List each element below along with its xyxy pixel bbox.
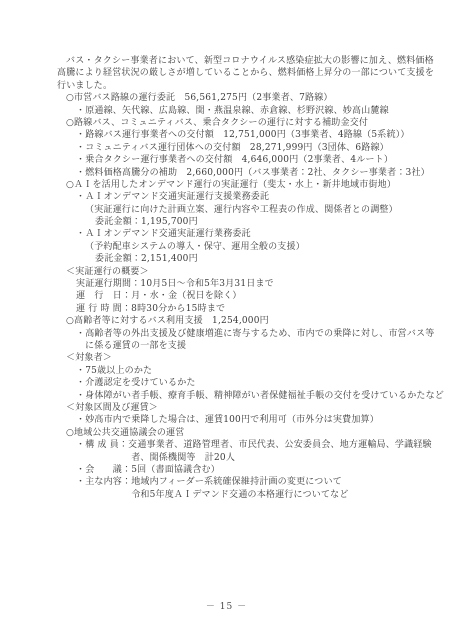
- doc-line: ○高齢者等に対するバス利用支援 1,254,000円: [57, 315, 429, 327]
- doc-line: 実証運行期間：10月5日～令和5年3月31日まで: [57, 278, 429, 290]
- doc-line: 行いました。: [57, 80, 429, 92]
- doc-line: ・ＡＩオンデマンド交通実証運行支援業務委託: [57, 191, 429, 203]
- doc-line: ○ＡＩを活用したオンデマンド運行の実証運行（斐太・水上・新井地域市街地）: [57, 179, 429, 191]
- document-page: バス・タクシー事業者において、新型コロナウイルス感染症拡大の影響に加え、燃料価格…: [0, 0, 453, 640]
- doc-line: ・原通線、矢代線、広島線、関・燕温泉線、赤倉線、杉野沢線、妙高山麓線: [57, 105, 429, 117]
- doc-line: ・乗合タクシー運行事業者への交付額 4,646,000円（2事業者、4ルート）: [57, 154, 429, 166]
- page-number: － 15 －: [0, 599, 453, 612]
- doc-line: に係る運賃の一部を支援: [57, 340, 429, 352]
- doc-line: ○地域公共交通協議会の運営: [57, 427, 429, 439]
- doc-line: ・ＡＩオンデマンド交通実証運行業務委託: [57, 228, 429, 240]
- doc-line: ・構 成 員：交通事業者、道路管理者、市民代表、公安委員会、地方運輸局、学識経験: [57, 439, 429, 451]
- doc-line: ・介護認定を受けているかた: [57, 377, 429, 389]
- doc-line: 運 行 日：月・水・金（祝日を除く）: [57, 290, 429, 302]
- doc-line: ・主な内容：地域内フィーダー系統確保維持計画の変更について: [57, 476, 429, 488]
- doc-line: （予約配車システムの導入・保守、運用全般の支援）: [57, 241, 429, 253]
- doc-line: 委託金額：2,151,400円: [57, 253, 429, 265]
- doc-line: ＜対象区間及び運賃＞: [57, 402, 429, 414]
- doc-line: 委託金額：1,195,700円: [57, 216, 429, 228]
- doc-line: ○市営バス路線の運行委託 56,561,275円（2事業者、7路線）: [57, 92, 429, 104]
- doc-line: ・会 議：5回（書面協議含む）: [57, 464, 429, 476]
- doc-line: バス・タクシー事業者において、新型コロナウイルス感染症拡大の影響に加え、燃料価格: [57, 55, 429, 67]
- doc-line: ・高齢者等の外出支援及び健康増進に寄与するため、市内での乗降に対し、市営バス等: [57, 328, 429, 340]
- doc-line: 令和5年度ＡＩデマンド交通の本格運行についてなど: [57, 489, 429, 501]
- doc-line: ・路線バス運行事業者への交付額 12,751,000円（3事業者、4路線（5系統…: [57, 129, 429, 141]
- doc-line: ○路線バス、コミュニティバス、乗合タクシーの運行に対する補助金交付: [57, 117, 429, 129]
- doc-line: ・燃料価格高騰分の補助 2,660,000円（バス事業者：2社、タクシー事業者：…: [57, 167, 429, 179]
- doc-line: 高騰により経営状況の厳しさが増していることから、燃料価格上昇分の一部について支援…: [57, 67, 429, 79]
- doc-line: ＜実証運行の概要＞: [57, 266, 429, 278]
- doc-line: ＜対象者＞: [57, 352, 429, 364]
- doc-line: ・コミュニティバス運行団体への交付額 28,271,999円（3団体、6路線）: [57, 142, 429, 154]
- doc-line: ・身体障がい者手帳、療育手帳、精神障がい者保健福祉手帳の交付を受けているかたなど: [57, 390, 429, 402]
- doc-line: 者、関係機関等 計20人: [57, 452, 429, 464]
- document-body: バス・タクシー事業者において、新型コロナウイルス感染症拡大の影響に加え、燃料価格…: [57, 55, 429, 501]
- doc-line: ・75歳以上のかた: [57, 365, 429, 377]
- doc-line: （実証運行に向けた計画立案、運行内容や工程表の作成、関係者との調整）: [57, 204, 429, 216]
- doc-line: ・妙高市内で乗降した場合は、運賃100円で利用可（市外分は実費加算）: [57, 414, 429, 426]
- doc-line: 運 行 時 間：8時30分から15時まで: [57, 303, 429, 315]
